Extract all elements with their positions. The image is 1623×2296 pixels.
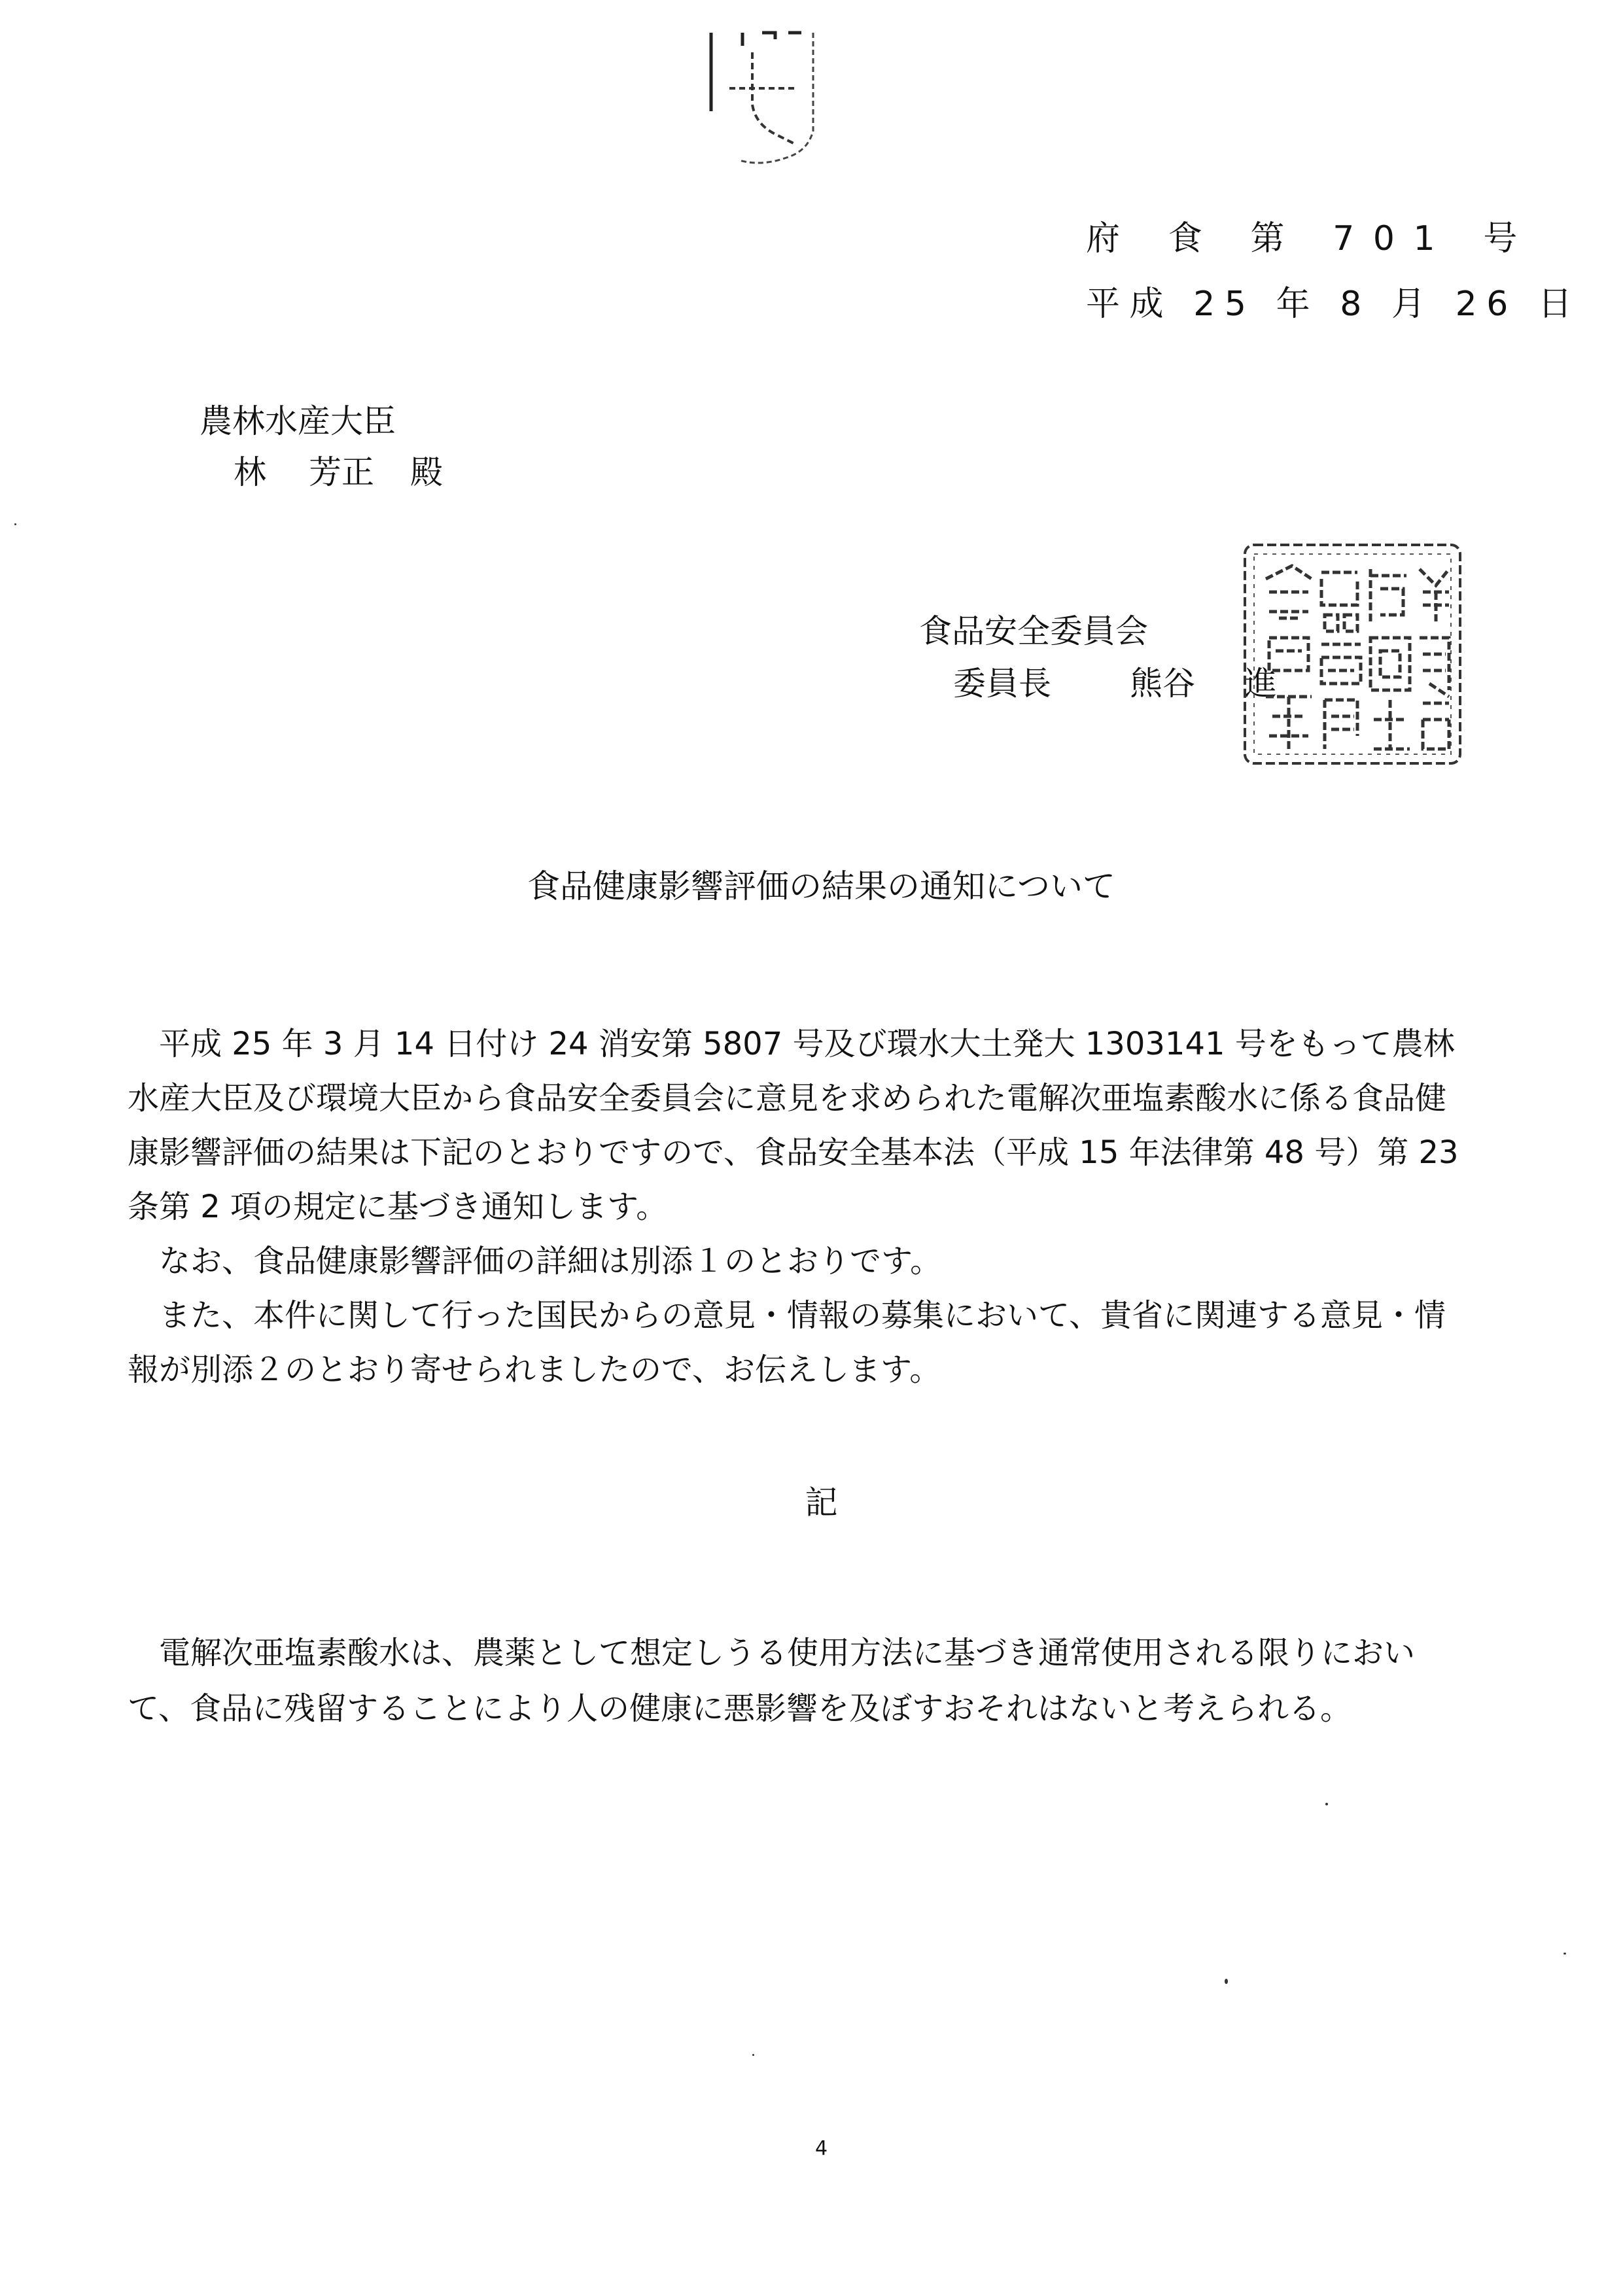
body-text: 平成 25 年 3 月 14 日付け 24 消安第 5807 号及び環水大土発大… bbox=[128, 1017, 1475, 1397]
conclusion-paragraph: 電解次亜塩素酸水は、農薬として想定しうる使用方法に基づき通常使用される限りにおい… bbox=[128, 1626, 1475, 1737]
sender-position: 委員長 bbox=[953, 657, 1051, 710]
scan-speck bbox=[752, 2054, 754, 2056]
subject-heading: 食品健康影響評価の結果の通知について bbox=[0, 863, 1623, 909]
scan-speck bbox=[1325, 1803, 1328, 1805]
addressee-title: 農林水産大臣 bbox=[200, 396, 443, 447]
receipt-stamp-icon bbox=[703, 26, 821, 170]
addressee-given-name: 芳正 bbox=[309, 447, 374, 498]
document-meta: 府 食 第 701 号 平成 25 年 8 月 26 日 bbox=[1086, 206, 1582, 337]
official-seal-icon bbox=[1240, 540, 1465, 769]
scan-speck bbox=[1225, 1979, 1228, 1984]
page-number: 4 bbox=[0, 2136, 1623, 2162]
body-paragraph-1: 平成 25 年 3 月 14 日付け 24 消安第 5807 号及び環水大土発大… bbox=[128, 1017, 1475, 1234]
addressee-name: 林芳正殿 bbox=[200, 447, 443, 498]
addressee-honorific: 殿 bbox=[410, 447, 443, 498]
scan-speck bbox=[14, 523, 16, 525]
body-paragraph-2: なお、食品健康影響評価の詳細は別添１のとおりです。 bbox=[128, 1234, 1475, 1289]
document-number: 府 食 第 701 号 bbox=[1086, 206, 1582, 271]
ki-heading: 記 bbox=[0, 1480, 1623, 1525]
scan-speck bbox=[1563, 1953, 1566, 1955]
addressee-family-name: 林 bbox=[234, 447, 266, 498]
conclusion-text: 電解次亜塩素酸水は、農薬として想定しうる使用方法に基づき通常使用される限りにおい… bbox=[128, 1626, 1475, 1737]
addressee-block: 農林水産大臣 林芳正殿 bbox=[200, 396, 443, 498]
body-paragraph-3: また、本件に関して行った国民からの意見・情報の募集において、貴省に関連する意見・… bbox=[128, 1289, 1475, 1397]
sender-organization: 食品安全委員会 bbox=[919, 605, 1277, 657]
document-date: 平成 25 年 8 月 26 日 bbox=[1086, 271, 1582, 337]
sender-block: 食品安全委員会 委員長熊谷進 bbox=[919, 605, 1277, 710]
sender-family-name: 熊谷 bbox=[1130, 657, 1195, 710]
sender-chair: 委員長熊谷進 bbox=[919, 657, 1277, 710]
